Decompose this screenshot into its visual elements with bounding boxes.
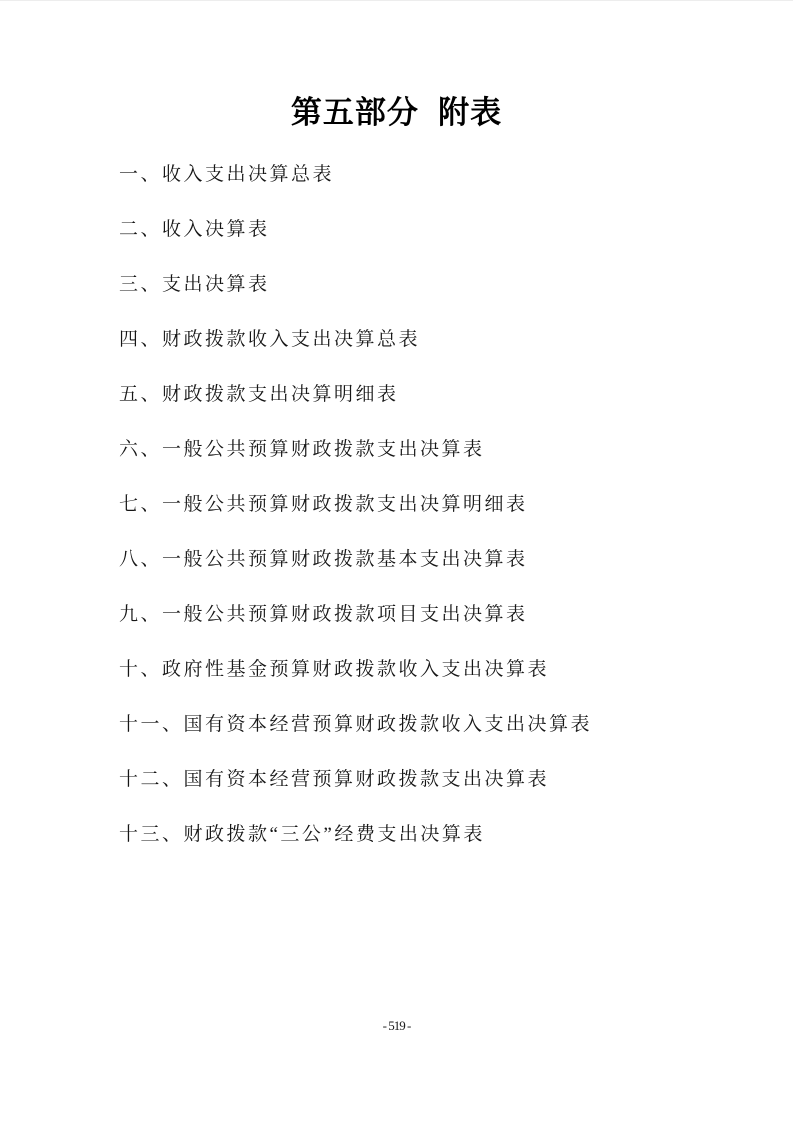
page-number: - 519 - <box>0 1016 793 1036</box>
list-item: 三、支出决算表 <box>119 257 733 312</box>
document-page: 第五部分 附表 一、收入支出决算总表 二、收入决算表 三、支出决算表 四、财政拨… <box>0 0 793 1123</box>
list-item: 八、一般公共预算财政拨款基本支出决算表 <box>119 532 733 587</box>
list-item: 四、财政拨款收入支出决算总表 <box>119 312 733 367</box>
list-item: 十二、国有资本经营预算财政拨款支出决算表 <box>119 752 733 807</box>
appendix-table-list: 一、收入支出决算总表 二、收入决算表 三、支出决算表 四、财政拨款收入支出决算总… <box>119 147 733 862</box>
list-item: 一、收入支出决算总表 <box>119 147 733 202</box>
list-item: 十三、财政拨款“三公”经费支出决算表 <box>119 807 733 862</box>
list-item: 五、财政拨款支出决算明细表 <box>119 367 733 422</box>
list-item: 六、一般公共预算财政拨款支出决算表 <box>119 422 733 477</box>
page-title: 第五部分 附表 <box>0 94 793 132</box>
list-item: 七、一般公共预算财政拨款支出决算明细表 <box>119 477 733 532</box>
list-item: 十、政府性基金预算财政拨款收入支出决算表 <box>119 642 733 697</box>
list-item: 十一、国有资本经营预算财政拨款收入支出决算表 <box>119 697 733 752</box>
list-item: 二、收入决算表 <box>119 202 733 257</box>
list-item: 九、一般公共预算财政拨款项目支出决算表 <box>119 587 733 642</box>
